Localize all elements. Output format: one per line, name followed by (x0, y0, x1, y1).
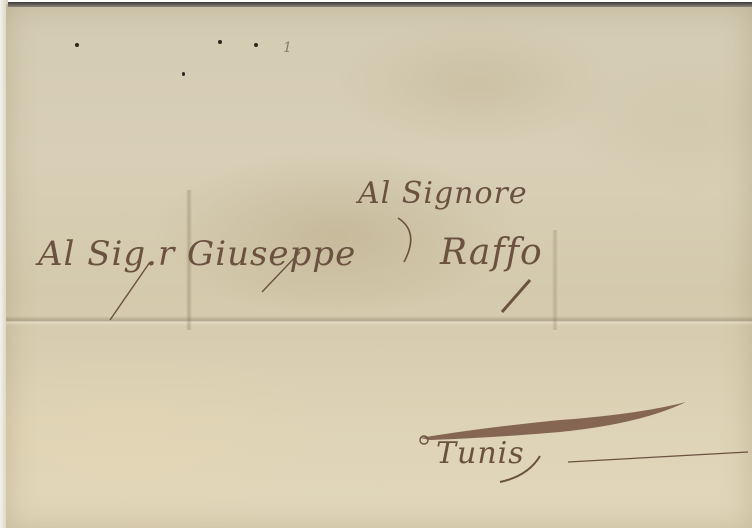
vertical-fold-crease-right (552, 230, 558, 330)
destination-city: Tunis (436, 436, 525, 471)
addressee-surname: Raffo (440, 232, 543, 273)
salutation-line: Al Signore (358, 176, 528, 211)
addressee-line: Al Sig.r Giuseppe (38, 234, 356, 274)
wormhole-dot (182, 72, 185, 76)
wormhole-dot (218, 40, 222, 44)
top-mark: 1 (283, 40, 293, 56)
wormhole-dot (75, 43, 79, 47)
letter-top-edge (8, 2, 752, 7)
wormhole-dot (254, 43, 258, 47)
horizontal-fold-crease (6, 316, 752, 326)
